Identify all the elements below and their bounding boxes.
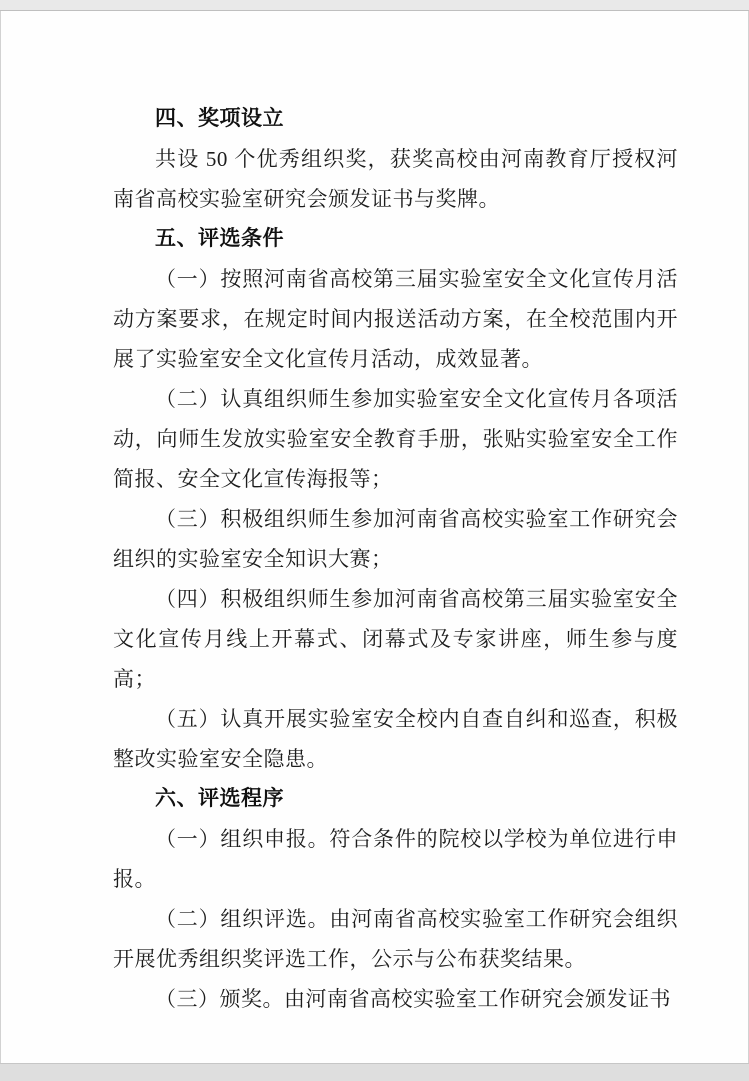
document-page[interactable]: 四、奖项设立共设 50 个优秀组织奖，获奖高校由河南教育厅授权河南省高校实验室研…	[0, 11, 749, 1063]
document-paragraph: （四）积极组织师生参加河南省高校第三届实验室安全文化宣传月线上开幕式、闭幕式及专…	[113, 579, 678, 699]
document-paragraph: （一）组织申报。符合条件的院校以学校为单位进行申报。	[113, 819, 678, 899]
document-heading: 五、评选条件	[113, 219, 678, 259]
document-paragraph: （二）认真组织师生参加实验室安全文化宣传月各项活动，向师生发放实验室安全教育手册…	[113, 379, 678, 499]
document-paragraph: （二）组织评选。由河南省高校实验室工作研究会组织开展优秀组织奖评选工作，公示与公…	[113, 899, 678, 979]
document-paragraph: 共设 50 个优秀组织奖，获奖高校由河南教育厅授权河南省高校实验室研究会颁发证书…	[113, 139, 678, 219]
viewer-top-gap	[0, 0, 749, 11]
document-paragraph: （五）认真开展实验室安全校内自查自纠和巡查，积极整改实验室安全隐患。	[113, 699, 678, 779]
document-viewer: 四、奖项设立共设 50 个优秀组织奖，获奖高校由河南教育厅授权河南省高校实验室研…	[0, 0, 749, 1081]
page-content: 四、奖项设立共设 50 个优秀组织奖，获奖高校由河南教育厅授权河南省高校实验室研…	[1, 11, 748, 1019]
document-heading: 四、奖项设立	[113, 99, 678, 139]
viewer-bottom-gap	[0, 1063, 749, 1081]
document-paragraph: （三）颁奖。由河南省高校实验室工作研究会颁发证书	[113, 979, 678, 1019]
document-paragraph: （三）积极组织师生参加河南省高校实验室工作研究会组织的实验室安全知识大赛；	[113, 499, 678, 579]
document-heading: 六、评选程序	[113, 779, 678, 819]
document-paragraph: （一）按照河南省高校第三届实验室安全文化宣传月活动方案要求，在规定时间内报送活动…	[113, 259, 678, 379]
